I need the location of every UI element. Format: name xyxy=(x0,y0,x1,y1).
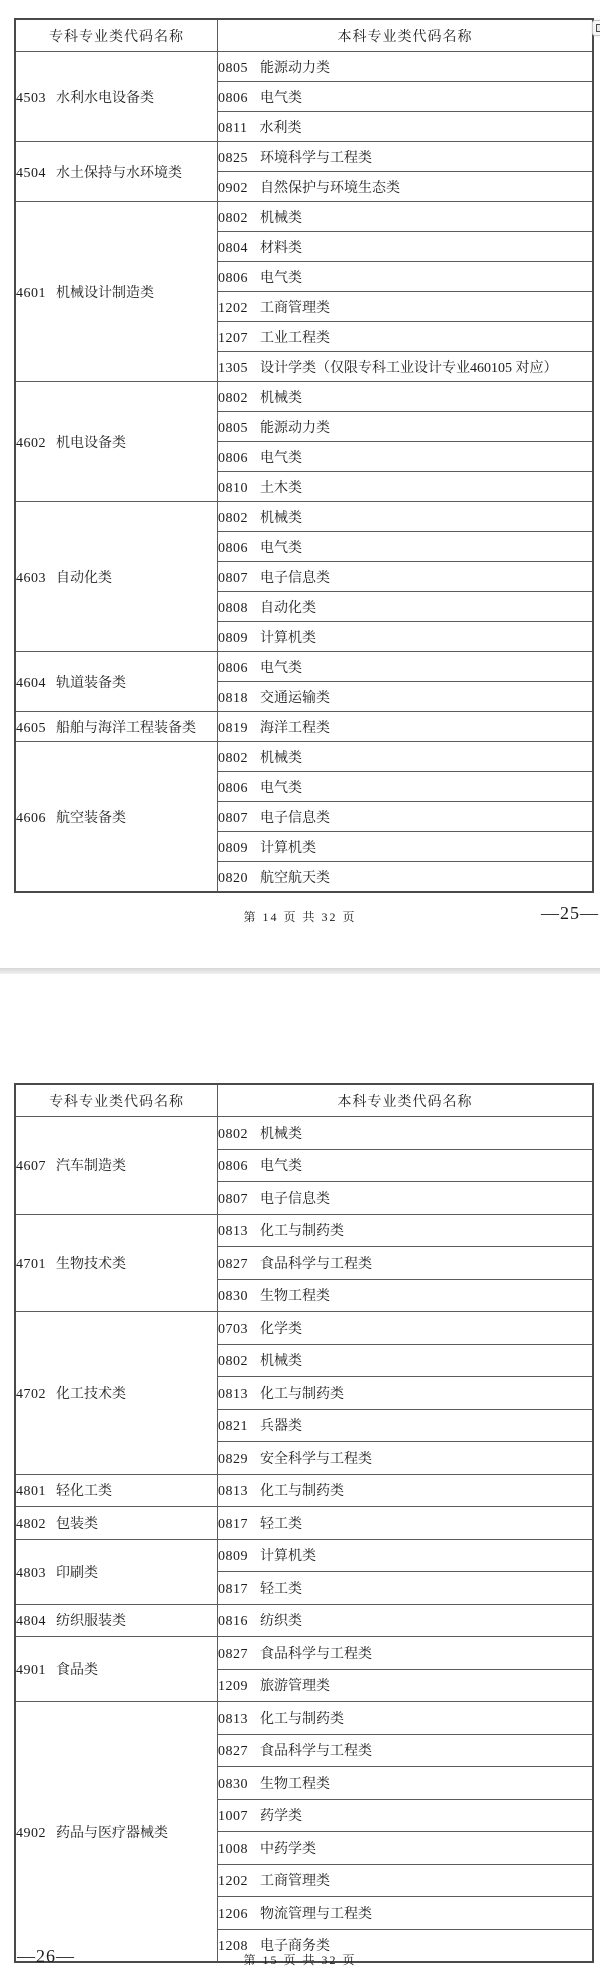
undergrad-category-cell: 0802机械类 xyxy=(218,1344,594,1377)
major-name: 化工与制药类 xyxy=(260,1387,344,1402)
major-name: 化工技术类 xyxy=(56,1387,126,1402)
major-name: 电子信息类 xyxy=(260,811,330,826)
specialty-group-cell: 4902药品与医疗器械类 xyxy=(15,1702,218,1963)
major-name: 工商管理类 xyxy=(260,1874,330,1889)
undergrad-category-cell: 0807电子信息类 xyxy=(218,802,594,832)
undergrad-category-cell: 0809计算机类 xyxy=(218,1539,594,1572)
column-header-col1: 专科专业类代码名称 xyxy=(15,19,218,52)
major-code: 0806 xyxy=(218,541,248,556)
specialty-group-cell: 4801轻化工类 xyxy=(15,1474,218,1507)
undergrad-category-cell: 0827食品科学与工程类 xyxy=(218,1734,594,1767)
major-name: 电气类 xyxy=(260,271,302,286)
major-code: 0804 xyxy=(218,241,248,256)
major-name: 电子信息类 xyxy=(260,571,330,586)
major-code: 4804 xyxy=(16,1614,46,1629)
page-counter-text: 第 15 页 共 32 页 xyxy=(0,1948,600,1972)
pdf-page-15: 专科专业类代码名称本科专业类代码名称4607汽车制造类0802机械类0806电气… xyxy=(0,974,600,1976)
undergrad-category-cell: 0811水利类 xyxy=(218,112,594,142)
major-name: 电气类 xyxy=(260,451,302,466)
major-name: 化工与制药类 xyxy=(260,1712,344,1727)
major-name: 水利类 xyxy=(259,121,301,136)
undergrad-category-cell: 0825环境科学与工程类 xyxy=(218,142,594,172)
specialty-group-cell: 4901食品类 xyxy=(15,1637,218,1702)
major-code: 4601 xyxy=(16,286,46,301)
undergrad-category-cell: 0817轻工类 xyxy=(218,1507,594,1540)
major-code: 0827 xyxy=(218,1744,248,1759)
major-code: 4802 xyxy=(16,1517,46,1532)
major-name: 印刷类 xyxy=(56,1566,98,1581)
major-name: 旅游管理类 xyxy=(260,1679,330,1694)
major-name: 机电设备类 xyxy=(56,436,126,451)
major-name: 土木类 xyxy=(260,481,302,496)
table-row: 4605船舶与海洋工程装备类0819海洋工程类 xyxy=(15,712,593,742)
undergrad-category-cell: 1202工商管理类 xyxy=(218,1864,594,1897)
undergrad-category-cell: 1202工商管理类 xyxy=(218,292,594,322)
major-name: 计算机类 xyxy=(260,631,316,646)
undergrad-category-cell: 0821兵器类 xyxy=(218,1409,594,1442)
major-code: 0802 xyxy=(218,751,248,766)
major-code: 0813 xyxy=(218,1224,248,1239)
undergrad-category-cell: 0806电气类 xyxy=(218,532,594,562)
major-name: 自动化类 xyxy=(260,601,316,616)
document-view: { "pages": [ { "page_label": "14", "head… xyxy=(0,0,600,1976)
major-code: 0830 xyxy=(218,1777,248,1792)
undergrad-category-cell: 0806电气类 xyxy=(218,262,594,292)
table-row: 4601机械设计制造类0802机械类 xyxy=(15,202,593,232)
major-code: 4604 xyxy=(16,676,46,691)
undergrad-category-cell: 0806电气类 xyxy=(218,82,594,112)
major-name: 航空航天类 xyxy=(260,871,330,886)
major-code: 0802 xyxy=(218,391,248,406)
undergrad-category-cell: 0818交通运输类 xyxy=(218,682,594,712)
major-code: 0821 xyxy=(218,1419,248,1434)
major-code: 0806 xyxy=(218,451,248,466)
undergrad-category-cell: 0808自动化类 xyxy=(218,592,594,622)
major-name: 轻工类 xyxy=(260,1517,302,1532)
undergrad-category-cell: 0813化工与制药类 xyxy=(218,1214,594,1247)
undergrad-category-cell: 0827食品科学与工程类 xyxy=(218,1247,594,1280)
major-name: 交通运输类 xyxy=(260,691,330,706)
major-name: 兵器类 xyxy=(260,1419,302,1434)
pdf-page-14: 专科专业类代码名称本科专业类代码名称4503水利水电设备类0805能源动力类08… xyxy=(0,0,600,968)
major-code: 4801 xyxy=(16,1484,46,1499)
major-code: 4901 xyxy=(16,1663,46,1678)
major-name: 物流管理与工程类 xyxy=(260,1907,372,1922)
undergrad-category-cell: 0806电气类 xyxy=(218,1149,594,1182)
undergrad-category-cell: 0807电子信息类 xyxy=(218,562,594,592)
undergrad-category-cell: 0819海洋工程类 xyxy=(218,712,594,742)
major-name: 计算机类 xyxy=(260,1549,316,1564)
table-row: 4504水土保持与水环境类0825环境科学与工程类 xyxy=(15,142,593,172)
major-name: 机械类 xyxy=(260,751,302,766)
major-code: 0829 xyxy=(218,1452,248,1467)
major-code: 0817 xyxy=(218,1517,248,1532)
major-code: 1207 xyxy=(218,331,248,346)
major-name: 电气类 xyxy=(260,1159,302,1174)
major-code: 1305 xyxy=(218,361,248,376)
undergrad-category-cell: 0827食品科学与工程类 xyxy=(218,1637,594,1670)
specialty-group-cell: 4601机械设计制造类 xyxy=(15,202,218,382)
major-mapping-table-page-15: 专科专业类代码名称本科专业类代码名称4607汽车制造类0802机械类0806电气… xyxy=(14,1083,594,1963)
major-name: 机械类 xyxy=(260,511,302,526)
major-code: 0807 xyxy=(218,571,248,586)
major-code: 1008 xyxy=(218,1842,248,1857)
undergrad-category-cell: 1305设计学类（仅限专科工业设计专业460105 对应） xyxy=(218,352,594,382)
major-code: 0808 xyxy=(218,601,248,616)
major-code: 1209 xyxy=(218,1679,248,1694)
major-code: 4701 xyxy=(16,1257,46,1272)
undergrad-category-cell: 0806电气类 xyxy=(218,442,594,472)
specialty-group-cell: 4802包装类 xyxy=(15,1507,218,1540)
specialty-group-cell: 4803印刷类 xyxy=(15,1539,218,1604)
major-code: 4503 xyxy=(16,91,46,106)
major-name: 生物工程类 xyxy=(260,1289,330,1304)
undergrad-category-cell: 1206物流管理与工程类 xyxy=(218,1897,594,1930)
undergrad-category-cell: 0802机械类 xyxy=(218,742,594,772)
major-name: 化工与制药类 xyxy=(260,1224,344,1239)
column-header-col2: 本科专业类代码名称 xyxy=(218,19,594,52)
specialty-group-cell: 4503水利水电设备类 xyxy=(15,52,218,142)
major-code: 0805 xyxy=(218,421,248,436)
major-name: 汽车制造类 xyxy=(56,1159,126,1174)
document-page-number: —25— xyxy=(541,903,599,924)
major-name: 自动化类 xyxy=(56,571,112,586)
major-name: 机械类 xyxy=(260,391,302,406)
specialty-group-cell: 4702化工技术类 xyxy=(15,1312,218,1475)
major-name: 能源动力类 xyxy=(260,61,330,76)
major-code: 0813 xyxy=(218,1712,248,1727)
table-row: 4604轨道装备类0806电气类 xyxy=(15,652,593,682)
major-code: 0830 xyxy=(218,1289,248,1304)
major-code: 0825 xyxy=(218,151,248,166)
major-name: 化学类 xyxy=(260,1322,302,1337)
table-row: 4606航空装备类0802机械类 xyxy=(15,742,593,772)
table-row: 4503水利水电设备类0805能源动力类 xyxy=(15,52,593,82)
major-code: 4606 xyxy=(16,811,46,826)
undergrad-category-cell: 0830生物工程类 xyxy=(218,1767,594,1800)
major-code: 0806 xyxy=(218,661,248,676)
undergrad-category-cell: 0805能源动力类 xyxy=(218,412,594,442)
table-row: 4702化工技术类0703化学类 xyxy=(15,1312,593,1345)
major-code: 1206 xyxy=(218,1907,248,1922)
undergrad-category-cell: 0813化工与制药类 xyxy=(218,1377,594,1410)
major-name: 食品类 xyxy=(56,1663,98,1678)
undergrad-category-cell: 0806电气类 xyxy=(218,772,594,802)
undergrad-category-cell: 1207工业工程类 xyxy=(218,322,594,352)
table-row: 4804纺织服装类0816纺织类 xyxy=(15,1604,593,1637)
major-name: 药品与医疗器械类 xyxy=(56,1826,168,1841)
major-code: 0809 xyxy=(218,841,248,856)
major-code: 4702 xyxy=(16,1387,46,1402)
major-name: 设计学类（仅限专科工业设计专业460105 对应） xyxy=(260,361,558,376)
major-name: 轻化工类 xyxy=(56,1484,112,1499)
major-name: 生物工程类 xyxy=(260,1777,330,1792)
major-code: 0802 xyxy=(218,1127,248,1142)
major-name: 能源动力类 xyxy=(260,421,330,436)
undergrad-category-cell: 0703化学类 xyxy=(218,1312,594,1345)
specialty-group-cell: 4602机电设备类 xyxy=(15,382,218,502)
specialty-group-cell: 4607汽车制造类 xyxy=(15,1117,218,1215)
major-name: 生物技术类 xyxy=(56,1257,126,1272)
major-code: 0806 xyxy=(218,91,248,106)
major-code: 0813 xyxy=(218,1387,248,1402)
viewer-tool-button[interactable] xyxy=(592,20,600,36)
undergrad-category-cell: 0804材料类 xyxy=(218,232,594,262)
major-name: 轨道装备类 xyxy=(56,676,126,691)
major-code: 0902 xyxy=(218,181,248,196)
major-code: 0806 xyxy=(218,271,248,286)
major-name: 机械设计制造类 xyxy=(56,286,154,301)
major-code: 1007 xyxy=(218,1809,248,1824)
major-name: 机械类 xyxy=(260,1354,302,1369)
major-name: 轻工类 xyxy=(260,1582,302,1597)
undergrad-category-cell: 0820航空航天类 xyxy=(218,862,594,893)
major-code: 0805 xyxy=(218,61,248,76)
undergrad-category-cell: 0809计算机类 xyxy=(218,622,594,652)
undergrad-category-cell: 0809计算机类 xyxy=(218,832,594,862)
major-code: 0703 xyxy=(218,1322,248,1337)
major-code: 4902 xyxy=(16,1826,46,1841)
undergrad-category-cell: 0813化工与制药类 xyxy=(218,1702,594,1735)
major-code: 4602 xyxy=(16,436,46,451)
major-name: 纺织类 xyxy=(260,1614,302,1629)
undergrad-category-cell: 0810土木类 xyxy=(218,472,594,502)
table-row: 4901食品类0827食品科学与工程类 xyxy=(15,1637,593,1670)
major-code: 0809 xyxy=(218,1549,248,1564)
major-name: 化工与制药类 xyxy=(260,1484,344,1499)
major-code: 0806 xyxy=(218,1159,248,1174)
table-row: 4801轻化工类0813化工与制药类 xyxy=(15,1474,593,1507)
major-name: 工商管理类 xyxy=(260,301,330,316)
undergrad-category-cell: 1209旅游管理类 xyxy=(218,1669,594,1702)
major-name: 机械类 xyxy=(260,211,302,226)
table-header-row: 专科专业类代码名称本科专业类代码名称 xyxy=(15,1084,593,1117)
major-code: 0802 xyxy=(218,1354,248,1369)
major-name: 水土保持与水环境类 xyxy=(56,166,182,181)
undergrad-category-cell: 0806电气类 xyxy=(218,652,594,682)
major-code: 0810 xyxy=(218,481,248,496)
major-name: 自然保护与环境生态类 xyxy=(260,181,400,196)
major-name: 船舶与海洋工程装备类 xyxy=(56,721,196,736)
undergrad-category-cell: 0802机械类 xyxy=(218,502,594,532)
major-name: 电气类 xyxy=(260,781,302,796)
major-code: 1202 xyxy=(218,1874,248,1889)
specialty-group-cell: 4701生物技术类 xyxy=(15,1214,218,1312)
undergrad-category-cell: 0802机械类 xyxy=(218,1117,594,1150)
major-code: 0818 xyxy=(218,691,248,706)
specialty-group-cell: 4603自动化类 xyxy=(15,502,218,652)
major-name: 中药学类 xyxy=(260,1842,316,1857)
major-code: 1202 xyxy=(218,301,248,316)
small-square-tool-icon xyxy=(596,24,600,32)
major-name: 航空装备类 xyxy=(56,811,126,826)
major-name: 食品科学与工程类 xyxy=(260,1647,372,1662)
table-row: 4602机电设备类0802机械类 xyxy=(15,382,593,412)
major-name: 食品科学与工程类 xyxy=(260,1744,372,1759)
major-name: 海洋工程类 xyxy=(260,721,330,736)
major-name: 材料类 xyxy=(260,241,302,256)
major-code: 0802 xyxy=(218,511,248,526)
major-name: 包装类 xyxy=(56,1517,98,1532)
major-code: 0827 xyxy=(218,1257,248,1272)
undergrad-category-cell: 1007药学类 xyxy=(218,1799,594,1832)
table-header-row: 专科专业类代码名称本科专业类代码名称 xyxy=(15,19,593,52)
major-name: 纺织服装类 xyxy=(56,1614,126,1629)
major-name: 环境科学与工程类 xyxy=(260,151,372,166)
specialty-group-cell: 4606航空装备类 xyxy=(15,742,218,893)
major-name: 计算机类 xyxy=(260,841,316,856)
specialty-group-cell: 4504水土保持与水环境类 xyxy=(15,142,218,202)
undergrad-category-cell: 0813化工与制药类 xyxy=(218,1474,594,1507)
major-code: 4607 xyxy=(16,1159,46,1174)
table-row: 4902药品与医疗器械类0813化工与制药类 xyxy=(15,1702,593,1735)
document-page-number: —26— xyxy=(17,1946,75,1967)
major-code: 0806 xyxy=(218,781,248,796)
major-name: 水利水电设备类 xyxy=(56,91,154,106)
major-mapping-table-page-14: 专科专业类代码名称本科专业类代码名称4503水利水电设备类0805能源动力类08… xyxy=(14,18,594,893)
major-code: 0813 xyxy=(218,1484,248,1499)
undergrad-category-cell: 0829安全科学与工程类 xyxy=(218,1442,594,1475)
undergrad-category-cell: 0817轻工类 xyxy=(218,1572,594,1605)
major-code: 0811 xyxy=(218,121,247,136)
major-code: 0809 xyxy=(218,631,248,646)
column-header-col2: 本科专业类代码名称 xyxy=(218,1084,594,1117)
undergrad-category-cell: 0802机械类 xyxy=(218,382,594,412)
table-row: 4603自动化类0802机械类 xyxy=(15,502,593,532)
major-code: 0827 xyxy=(218,1647,248,1662)
table-row: 4803印刷类0809计算机类 xyxy=(15,1539,593,1572)
major-code: 4803 xyxy=(16,1566,46,1581)
table-row: 4701生物技术类0813化工与制药类 xyxy=(15,1214,593,1247)
undergrad-category-cell: 0802机械类 xyxy=(218,202,594,232)
major-name: 工业工程类 xyxy=(260,331,330,346)
page-counter-text: 第 14 页 共 32 页 xyxy=(0,905,600,929)
page-14-footer: 第 14 页 共 32 页 —25— xyxy=(0,905,600,929)
specialty-group-cell: 4605船舶与海洋工程装备类 xyxy=(15,712,218,742)
table-row: 4607汽车制造类0802机械类 xyxy=(15,1117,593,1150)
major-code: 0807 xyxy=(218,811,248,826)
major-code: 0817 xyxy=(218,1582,248,1597)
page-15-footer: —26— 第 15 页 共 32 页 xyxy=(0,1948,600,1972)
major-code: 0816 xyxy=(218,1614,248,1629)
major-name: 机械类 xyxy=(260,1127,302,1142)
major-name: 安全科学与工程类 xyxy=(260,1452,372,1467)
major-name: 电气类 xyxy=(260,661,302,676)
undergrad-category-cell: 0830生物工程类 xyxy=(218,1279,594,1312)
undergrad-category-cell: 0902自然保护与环境生态类 xyxy=(218,172,594,202)
major-code: 0819 xyxy=(218,721,248,736)
specialty-group-cell: 4604轨道装备类 xyxy=(15,652,218,712)
major-code: 0802 xyxy=(218,211,248,226)
major-name: 电子信息类 xyxy=(260,1192,330,1207)
specialty-group-cell: 4804纺织服装类 xyxy=(15,1604,218,1637)
major-name: 食品科学与工程类 xyxy=(260,1257,372,1272)
major-code: 0820 xyxy=(218,871,248,886)
major-code: 4504 xyxy=(16,166,46,181)
undergrad-category-cell: 0805能源动力类 xyxy=(218,52,594,82)
major-name: 电气类 xyxy=(260,541,302,556)
undergrad-category-cell: 0807电子信息类 xyxy=(218,1182,594,1215)
major-code: 4605 xyxy=(16,721,46,736)
undergrad-category-cell: 0816纺织类 xyxy=(218,1604,594,1637)
table-row: 4802包装类0817轻工类 xyxy=(15,1507,593,1540)
major-code: 0807 xyxy=(218,1192,248,1207)
major-code: 4603 xyxy=(16,571,46,586)
column-header-col1: 专科专业类代码名称 xyxy=(15,1084,218,1117)
major-name: 药学类 xyxy=(260,1809,302,1824)
undergrad-category-cell: 1008中药学类 xyxy=(218,1832,594,1865)
major-name: 电气类 xyxy=(260,91,302,106)
